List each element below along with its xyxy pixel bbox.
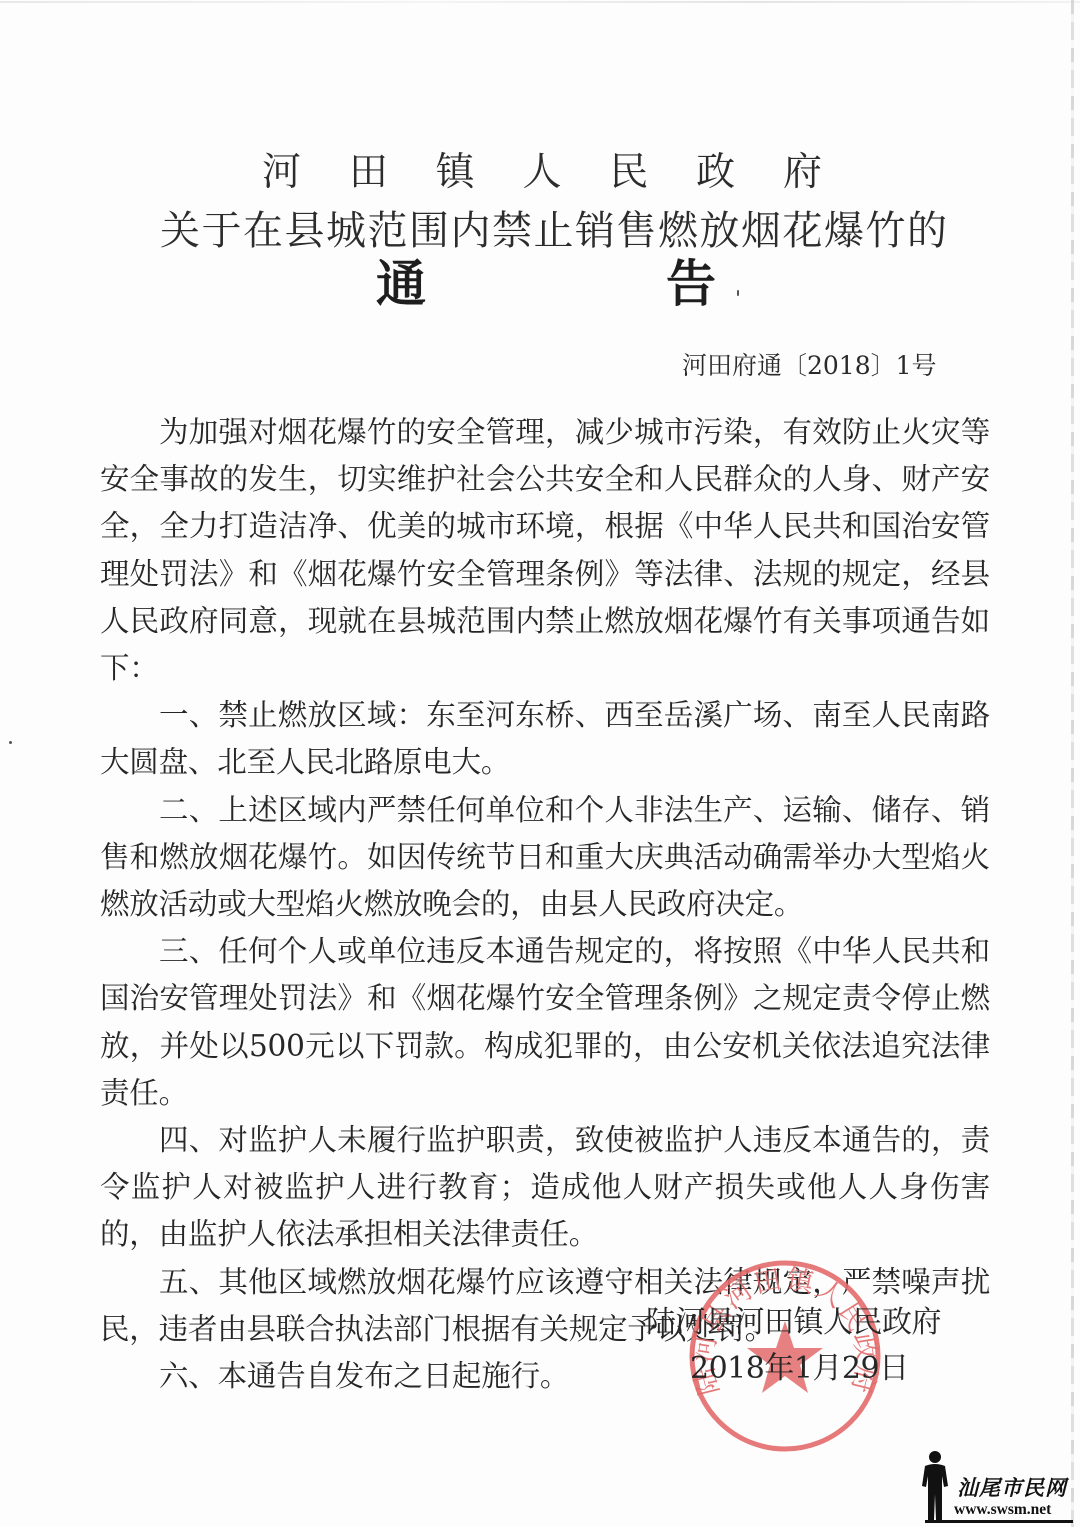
title-char: 民 bbox=[609, 148, 648, 198]
watermark-url: www.swsm.net bbox=[954, 1501, 1051, 1519]
signature-organization: 陆河县河田镇人民政府 bbox=[646, 1300, 916, 1346]
paragraph-item-1: 一、禁止燃放区域：东至河东桥、西至岳溪广场、南至人民南路大圆盘、北至人民北路原电… bbox=[100, 692, 990, 786]
title-issuer: 河 田 镇 人 民 政 府 bbox=[262, 148, 822, 198]
watermark-site-name: 汕尾市民网 bbox=[957, 1472, 1067, 1502]
title-char: 府 bbox=[783, 148, 822, 198]
scan-speck bbox=[737, 290, 739, 296]
scan-speck bbox=[9, 741, 12, 744]
person-silhouette-icon bbox=[920, 1450, 950, 1522]
title-char: 人 bbox=[522, 148, 561, 198]
site-watermark: 汕尾市民网 www.swsm.net bbox=[905, 1450, 1080, 1527]
title-char: 政 bbox=[696, 148, 735, 198]
paragraph-item-3: 三、任何个人或单位违反本通告规定的，将按照《中华人民共和国治安管理处罚法》和《烟… bbox=[100, 928, 990, 1117]
scan-edge-right bbox=[1071, 0, 1074, 1527]
signature-block: 陆河县河田镇人民政府 2018年1月29日 bbox=[646, 1300, 916, 1392]
title-char: 河 bbox=[262, 148, 301, 198]
title-char: 田 bbox=[349, 148, 388, 198]
document-body: 为加强对烟花爆竹的安全管理，减少城市污染，有效防止火灾等安全事故的发生，切实维护… bbox=[100, 409, 990, 1400]
scan-edge-top bbox=[0, 1, 1080, 3]
signature-date: 2018年1月29日 bbox=[646, 1346, 916, 1392]
watermark-underline bbox=[925, 1520, 1073, 1523]
title-char: 告 bbox=[666, 256, 716, 312]
title-char: 镇 bbox=[436, 148, 475, 198]
title-char: 通 bbox=[376, 256, 426, 312]
paragraph-item-2: 二、上述区域内严禁任何单位和个人非法生产、运输、储存、销售和燃放烟花爆竹。如因传… bbox=[100, 787, 990, 929]
document-number: 河田府通〔2018〕1号 bbox=[682, 348, 937, 384]
paragraph-preamble: 为加强对烟花爆竹的安全管理，减少城市污染，有效防止火灾等安全事故的发生，切实维护… bbox=[100, 409, 990, 692]
paragraph-item-4: 四、对监护人未履行监护职责，致使被监护人违反本通告的，责令监护人对被监护人进行教… bbox=[100, 1117, 990, 1259]
title-subject: 关于在县城范围内禁止销售燃放烟花爆竹的 bbox=[160, 205, 930, 257]
title-notice: 通 告 bbox=[376, 256, 716, 312]
